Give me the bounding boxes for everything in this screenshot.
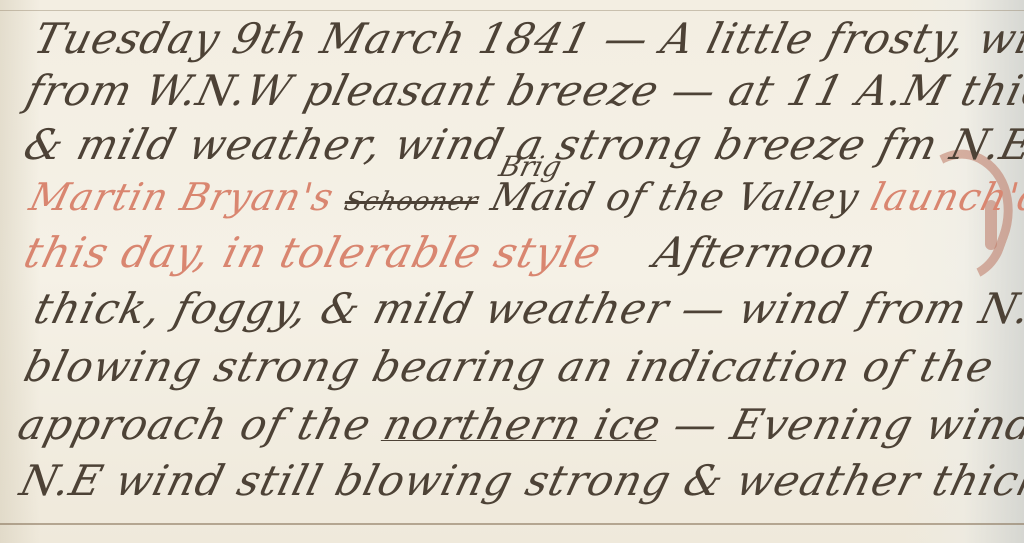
line-text: — Evening wind — [669, 404, 1024, 446]
line-text: thick, foggy, & mild weather — wind from… — [30, 288, 1024, 330]
line-text: Afternoon — [650, 232, 881, 274]
line-text: blowing strong bearing an indication of … — [20, 346, 998, 388]
line-text: from W.N.W pleasant breeze — at 11 A.M t… — [22, 70, 1024, 112]
ruled-line-top — [0, 10, 1024, 11]
journal-line-2: from W.N.W pleasant breeze — at 11 A.M t… — [22, 70, 1024, 112]
struck-text: Schooner — [342, 189, 481, 215]
red-ink-text: Martin Bryan's — [26, 178, 338, 216]
red-ink-text: this day, in tolerable style — [20, 232, 606, 274]
ship-name: Maid of the Valley — [488, 178, 864, 216]
ruled-line-bottom — [0, 523, 1024, 525]
journal-line-1: Tuesday 9th March 1841 — A little frosty… — [30, 18, 1024, 60]
journal-line-5: this day, in tolerable style Afternoon — [20, 232, 1024, 274]
journal-line-6: thick, foggy, & mild weather — wind from… — [30, 288, 1024, 330]
journal-line-4: Martin Bryan's Schooner Maid of the Vall… — [26, 178, 1024, 216]
line-text: N.E wind still blowing strong & weather … — [16, 460, 1024, 502]
journal-page: Tuesday 9th March 1841 — A little frosty… — [0, 0, 1024, 543]
line-text: Tuesday 9th March 1841 — A little frosty… — [30, 18, 1024, 60]
journal-line-9: N.E wind still blowing strong & weather … — [16, 460, 1024, 502]
line-text: approach of the — [14, 404, 376, 446]
red-ink-text: launch'd — [867, 178, 1024, 216]
journal-line-7: blowing strong bearing an indication of … — [20, 346, 1024, 388]
underlined-text: northern ice — [379, 404, 665, 446]
journal-line-8: approach of the northern ice — Evening w… — [14, 404, 1024, 446]
